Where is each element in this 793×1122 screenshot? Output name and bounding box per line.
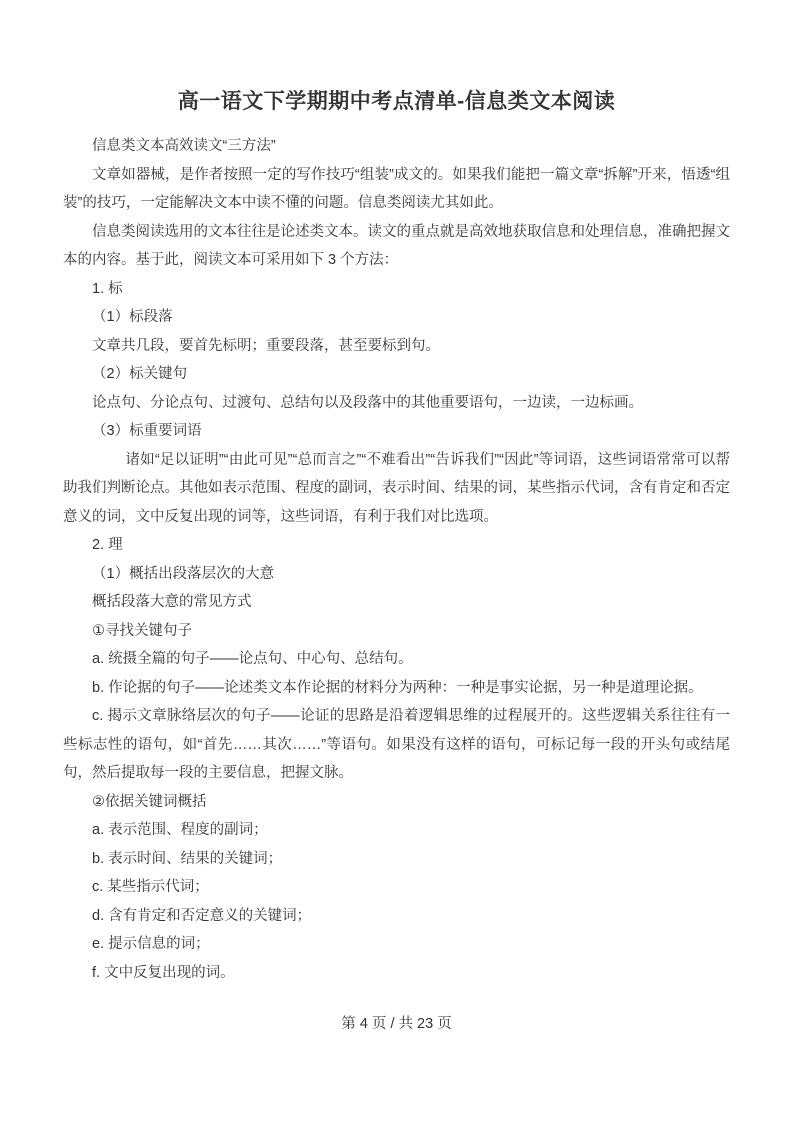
paragraph: 概括段落大意的常见方式: [63, 588, 730, 617]
paragraph: （1）概括出段落层次的大意: [63, 560, 730, 589]
page-number: 第 4 页 / 共 23 页: [63, 1010, 730, 1038]
paragraph: e. 提示信息的词；: [63, 930, 730, 959]
paragraph: a. 表示范围、程度的副词；: [63, 816, 730, 845]
paragraph: （2）标关键句: [63, 360, 730, 389]
paragraph: 信息类文本高效读文“三方法”: [63, 132, 730, 161]
paragraph: b. 作论据的句子——论述类文本作论据的材料分为两种：一种是事实论据，另一种是道…: [63, 674, 730, 703]
paragraph: c. 揭示文章脉络层次的句子——论证的思路是沿着逻辑思维的过程展开的。这些逻辑关…: [63, 702, 730, 788]
paragraph: 2. 理: [63, 531, 730, 560]
paragraph: （3）标重要词语: [63, 417, 730, 446]
document-page: 高一语文下学期期中考点清单-信息类文本阅读 信息类文本高效读文“三方法” 文章如…: [0, 0, 793, 1122]
paragraph: f. 文中反复出现的词。: [63, 959, 730, 988]
paragraph: 文章如器械，是作者按照一定的写作技巧“组装”成文的。如果我们能把一篇文章“拆解”…: [63, 161, 730, 218]
paragraph: a. 统摄全篇的句子——论点句、中心句、总结句。: [63, 645, 730, 674]
paragraph: c. 某些指示代词；: [63, 873, 730, 902]
paragraph: 诸如“足以证明”“由此可见”“总而言之”“不难看出”“告诉我们”“因此”等词语，…: [63, 446, 730, 532]
page-title: 高一语文下学期期中考点清单-信息类文本阅读: [63, 86, 730, 118]
paragraph: ②依据关键词概括: [63, 788, 730, 817]
paragraph: 文章共几段，要首先标明；重要段落，甚至要标到句。: [63, 332, 730, 361]
paragraph: 论点句、分论点句、过渡句、总结句以及段落中的其他重要语句，一边读，一边标画。: [63, 389, 730, 418]
paragraph: ①寻找关键句子: [63, 617, 730, 646]
paragraph: 信息类阅读选用的文本往往是论述类文本。读文的重点就是高效地获取信息和处理信息，准…: [63, 218, 730, 275]
paragraph: b. 表示时间、结果的关键词；: [63, 845, 730, 874]
paragraph: 1. 标: [63, 275, 730, 304]
paragraph: d. 含有肯定和否定意义的关键词；: [63, 902, 730, 931]
paragraph: （1）标段落: [63, 303, 730, 332]
